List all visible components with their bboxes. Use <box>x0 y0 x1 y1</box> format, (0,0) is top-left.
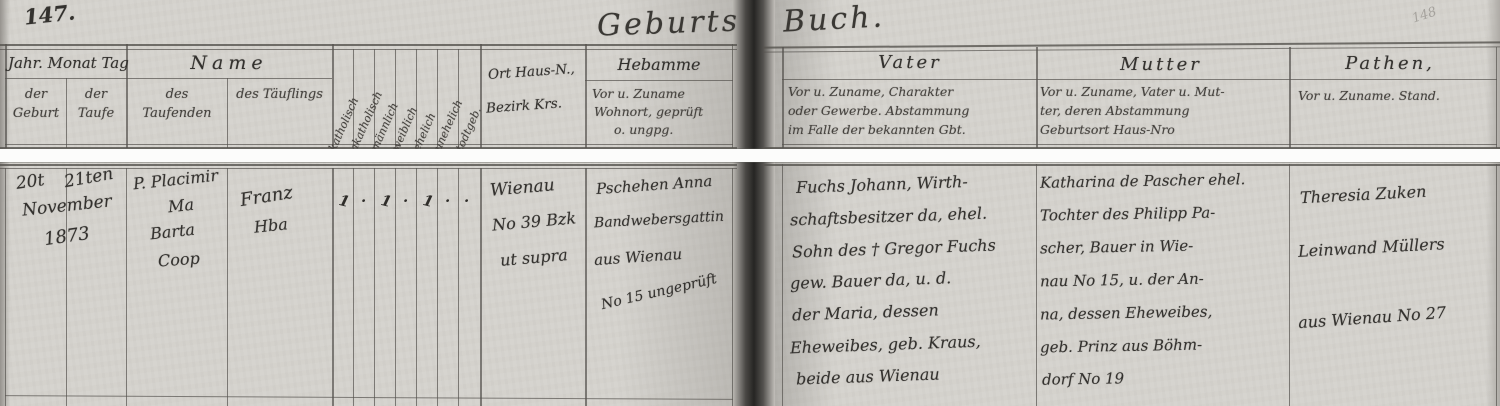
record-taeufling-line2: Hba <box>253 214 289 236</box>
mutter-subheader-line2: ter, deren Abstammung <box>1040 103 1190 118</box>
book-binding-gutter <box>733 0 775 406</box>
hebamme-subheader-line3: o. ungpg. <box>614 122 673 137</box>
record-ort-line1: Wienau <box>489 175 555 201</box>
hebamme-subheader-line2: Wohnort, geprüft <box>594 104 703 119</box>
record-vater-line7: beide aus Wienau <box>796 364 940 388</box>
tally-ehelich: 1 <box>421 191 435 211</box>
record-pathen-line2: Leinwand Müllers <box>1298 234 1445 261</box>
vater-subheader-line1: Vor u. Zuname, Charakter <box>788 84 953 99</box>
vater-subheader-line2: oder Gewerbe. Abstammung <box>788 103 969 118</box>
mutter-subheader-line3: Geburtsort Haus-Nro <box>1040 122 1175 137</box>
record-pathen-line3: aus Wienau No 27 <box>1298 303 1447 332</box>
tally-todtgeb: · <box>464 192 469 210</box>
page-number-right: 148 <box>1410 5 1438 27</box>
book-title-right: Buch. <box>782 0 886 40</box>
pathen-subheader-line1: Vor u. Zuname. Stand. <box>1298 88 1440 103</box>
record-taufender-line4: Coop <box>157 249 200 271</box>
column-header-date-group: Jahr. Monat Tag <box>8 54 124 72</box>
record-pathen-line1: Theresia Zuken <box>1300 182 1427 208</box>
scan-splice-band <box>0 149 1500 162</box>
page-number-left: 147. <box>23 0 76 30</box>
register-scan: 147. Geburts Buch. 148 Jahr. Monat Tag N… <box>0 0 1500 406</box>
hebamme-subheader-line1: Vor u. Zuname <box>592 86 685 101</box>
tally-weiblich: · <box>403 192 408 210</box>
column-subheader-taufe: der Taufe <box>70 86 122 124</box>
record-mutter-line7: dorf No 19 <box>1042 369 1124 388</box>
vater-subheader-line3: im Falle der bekannten Gbt. <box>788 122 966 137</box>
record-ort-line3: ut supra <box>499 245 568 270</box>
record-mutter-line1: Katharina de Pascher ehel. <box>1040 170 1246 192</box>
column-subheader-taufender: des Taufenden <box>132 86 222 124</box>
record-geburt-day: 20t <box>15 170 46 194</box>
record-taeufling-line1: Franz <box>239 182 295 211</box>
tally-maennlich: 1 <box>379 191 393 211</box>
column-header-hebamme: Hebamme <box>590 55 728 74</box>
record-ort-line2: No 39 Bzk <box>491 208 576 234</box>
column-header-pathen: Pathen, <box>1300 53 1480 74</box>
record-vater-line5: der Maria, dessen <box>792 300 939 324</box>
column-subheader-geburt: der Geburt <box>10 86 62 124</box>
book-title-left: Geburts <box>596 4 740 44</box>
column-header-mutter: Mutter <box>1046 54 1276 75</box>
tally-akatholisch: · <box>361 192 366 210</box>
column-subheader-taeufling: des Täuflings <box>232 86 327 105</box>
record-taufender-line1: P. Placimir <box>132 166 219 194</box>
record-mutter-line4: nau No 15, u. der An- <box>1040 270 1204 291</box>
column-header-ort-line1: Ort Haus-N., <box>488 61 576 83</box>
tally-katholisch: 1 <box>337 191 351 211</box>
record-mutter-line6: geb. Prinz aus Böhm- <box>1040 336 1202 357</box>
record-taufender-line2: Ma <box>167 195 195 217</box>
record-mutter-line3: scher, Bauer in Wie- <box>1040 237 1194 258</box>
tally-unehelich: · <box>445 192 450 210</box>
mutter-subheader-line1: Vor u. Zuname, Vater u. Mut- <box>1040 84 1225 99</box>
record-taufender-line3: Barta <box>149 220 196 244</box>
record-mutter-line2: Tochter des Philipp Pa- <box>1040 203 1216 224</box>
record-year: 1873 <box>43 223 91 250</box>
column-header-vater: Vater <box>800 52 1020 73</box>
column-header-ort-line2: Bezirk Krs. <box>486 95 563 116</box>
page-edge-shadow-right <box>1486 0 1500 406</box>
record-mutter-line5: na, dessen Eheweibes, <box>1040 302 1213 323</box>
column-header-name-group: Name <box>128 52 330 74</box>
